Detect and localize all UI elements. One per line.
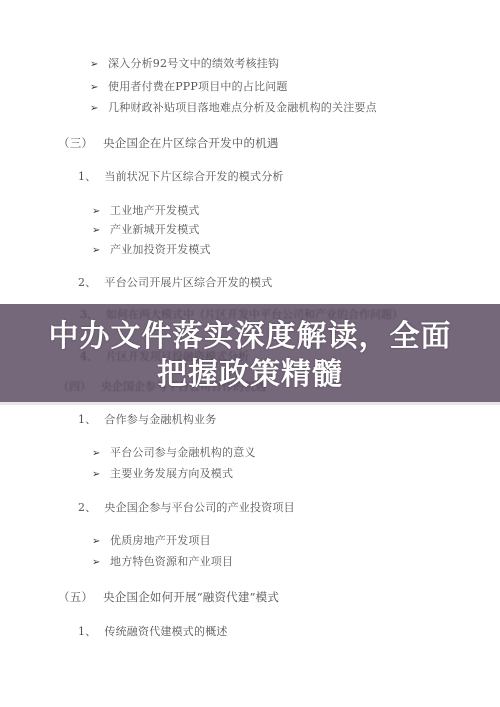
subsection-number: 1、 xyxy=(78,413,96,427)
list-item: ➢使用者付费在PPP项目中的占比问题 xyxy=(90,80,288,95)
arrow-bullet-icon: ➢ xyxy=(90,58,102,72)
list-item-text: 产业新城开发模式 xyxy=(110,223,200,236)
subsection-heading: 2、央企国企参与平台公司的产业投资项目 xyxy=(78,501,295,515)
subsection-title: 平台公司开展片区综合开发的模式 xyxy=(104,276,272,289)
arrow-bullet-icon: ➢ xyxy=(90,102,102,116)
list-item: ➢产业加投资开发模式 xyxy=(92,243,211,258)
arrow-bullet-icon: ➢ xyxy=(92,205,104,219)
list-item-text: 优质房地产开发项目 xyxy=(110,534,211,547)
arrow-bullet-icon: ➢ xyxy=(92,468,104,482)
list-item-text: 地方特色资源和产业项目 xyxy=(110,555,233,568)
banner-title-line-2: 把握政策精髓 xyxy=(0,356,500,394)
title-banner: 3、如何在两大模式中（片区开发中平台公司和产业的合作问题） 4、片区开发项目投融… xyxy=(0,304,500,402)
list-item-text: 几种财政补贴项目落地难点分析及金融机构的关注要点 xyxy=(108,101,377,114)
subsection-number: 1、 xyxy=(78,625,96,639)
list-item: ➢产业新城开发模式 xyxy=(92,223,200,238)
banner-title-line-1: 中办文件落实深度解读，全面 xyxy=(0,318,500,356)
list-item-text: 深入分析92号文中的绩效考核挂钩 xyxy=(108,57,279,70)
subsection-heading: 1、合作参与金融机构业务 xyxy=(78,413,216,427)
arrow-bullet-icon: ➢ xyxy=(92,224,104,238)
arrow-bullet-icon: ➢ xyxy=(92,556,104,570)
subsection-number: 2、 xyxy=(78,276,96,290)
subsection-number: 2、 xyxy=(78,501,96,515)
section-number: （五） xyxy=(58,590,93,604)
list-item: ➢优质房地产开发项目 xyxy=(92,534,211,549)
list-item: ➢地方特色资源和产业项目 xyxy=(92,555,233,570)
arrow-bullet-icon: ➢ xyxy=(92,535,104,549)
subsection-title: 当前状况下片区综合开发的模式分析 xyxy=(104,170,283,183)
subsection-title: 央企国企参与平台公司的产业投资项目 xyxy=(104,501,294,514)
list-item-text: 主要业务发展方向及模式 xyxy=(110,467,233,480)
banner-divider xyxy=(0,402,500,405)
section-number: （三） xyxy=(58,136,93,150)
list-item: ➢主要业务发展方向及模式 xyxy=(92,467,233,482)
list-item-text: 使用者付费在PPP项目中的占比问题 xyxy=(108,80,288,93)
subsection-heading: 1、传统融资代建模式的概述 xyxy=(78,625,228,639)
arrow-bullet-icon: ➢ xyxy=(90,81,102,95)
subsection-heading: 2、平台公司开展片区综合开发的模式 xyxy=(78,276,272,290)
subsection-number: 1、 xyxy=(78,170,96,184)
section-heading: （三）央企国企在片区综合开发中的机遇 xyxy=(58,136,279,150)
section-title: 央企国企如何开展“融资代建”模式 xyxy=(103,590,279,604)
list-item-text: 平台公司参与金融机构的意义 xyxy=(110,446,256,459)
arrow-bullet-icon: ➢ xyxy=(92,447,104,461)
list-item-text: 工业地产开发模式 xyxy=(110,204,200,217)
arrow-bullet-icon: ➢ xyxy=(92,244,104,258)
list-item: ➢平台公司参与金融机构的意义 xyxy=(92,446,256,461)
subsection-title: 传统融资代建模式的概述 xyxy=(104,625,227,638)
list-item: ➢几种财政补贴项目落地难点分析及金融机构的关注要点 xyxy=(90,101,377,116)
list-item: ➢深入分析92号文中的绩效考核挂钩 xyxy=(90,57,279,72)
list-item-text: 产业加投资开发模式 xyxy=(110,243,211,256)
section-title: 央企国企在片区综合开发中的机遇 xyxy=(103,136,279,150)
section-heading: （五）央企国企如何开展“融资代建”模式 xyxy=(58,590,279,604)
list-item: ➢工业地产开发模式 xyxy=(92,204,200,219)
banner-title: 中办文件落实深度解读，全面 把握政策精髓 xyxy=(0,318,500,394)
document-page: ➢深入分析92号文中的绩效考核挂钩 ➢使用者付费在PPP项目中的占比问题 ➢几种… xyxy=(0,0,500,707)
subsection-heading: 1、当前状况下片区综合开发的模式分析 xyxy=(78,170,284,184)
subsection-title: 合作参与金融机构业务 xyxy=(104,413,216,426)
